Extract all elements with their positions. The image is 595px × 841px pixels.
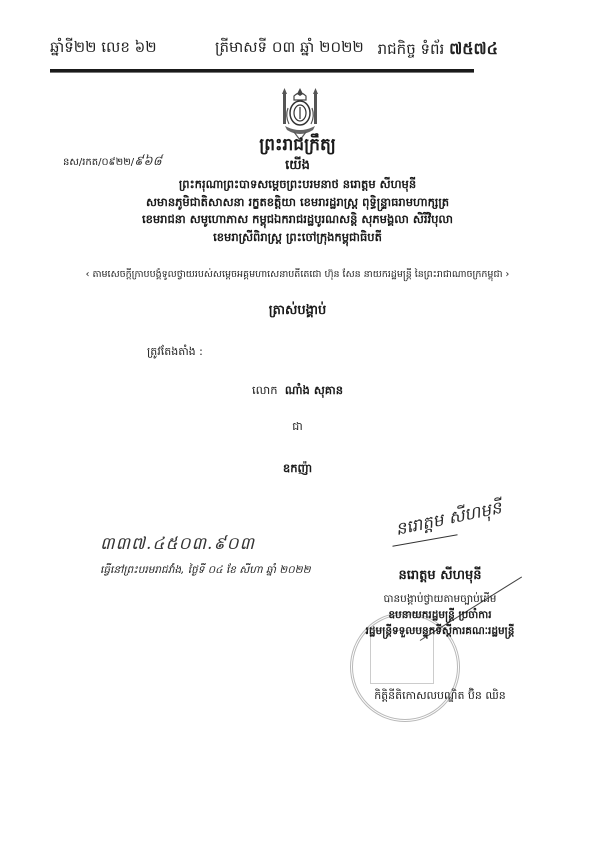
king-line: សមានភូមិជាតិសាសនា រក្ខតខត្តិយា ខេមរារដ្ឋ… bbox=[0, 194, 595, 212]
certification-line: បានបង្គាប់ថ្វាយតាមច្បាប់ដើម bbox=[310, 591, 570, 607]
basis-statement: ‹ តាមសេចក្តីក្រាបបង្គំទូលថ្វាយរបស់សម្តេច… bbox=[0, 268, 595, 282]
king-signature: នរោត្តម សីហមុនី bbox=[394, 497, 505, 544]
quarter-date: ត្រីមាសទី ០៣ ឆ្នាំ ២០២២ bbox=[215, 38, 364, 60]
gazette-header: ឆ្នាំទី២២ លេខ ៦២ ត្រីមាសទី ០៣ ឆ្នាំ ២០២២… bbox=[50, 36, 474, 64]
signer-name: នរោត្តម សីហមុនី bbox=[330, 567, 550, 586]
yerng-heading: យើង bbox=[0, 157, 595, 176]
decree-heading: ត្រាស់បង្គាប់ bbox=[0, 302, 595, 321]
certification-block: បានបង្គាប់ថ្វាយតាមច្បាប់ដើម ឧបនាយករដ្ឋមន… bbox=[310, 591, 570, 639]
place-and-date: ធ្វើនៅព្រះបរមរាជវាំង, ថ្ងៃទី ០៤ ខែ សីហា … bbox=[100, 564, 311, 579]
king-line: ព្រះករុណាព្រះបាទសម្តេចព្រះបរមនាថ នរោត្តម… bbox=[0, 176, 595, 194]
king-title-block: ព្រះករុណាព្រះបាទសម្តេចព្រះបរមនាថ នរោត្តម… bbox=[0, 176, 595, 246]
minister-name: កិត្តិនីតិកោសលបណ្ឌិត ប៊ិន ឈិន bbox=[330, 689, 550, 705]
king-line: ខេមរាជនា សមូហោភាស កម្ពុជឯករាជរដ្ឋបូរណសន្… bbox=[0, 211, 595, 229]
appointee-honorific: លោក bbox=[252, 383, 278, 397]
page-number-value: ៧៥៧៤ bbox=[449, 39, 498, 58]
appointed-position: ឧកញ៉ា bbox=[0, 461, 595, 478]
king-line: ខេមរាស្រីពិរាស្ត្រ ព្រះចៅក្រុងកម្ពុជាធិប… bbox=[0, 229, 595, 247]
certification-line: ឧបនាយករដ្ឋមន្ត្រី ប្រចាំការ bbox=[310, 607, 570, 623]
header-rule-shadow bbox=[50, 72, 474, 73]
page-label: រាជកិច្ច ទំព័រ bbox=[378, 40, 445, 58]
page-number: រាជកិច្ច ទំព័រ ៧៥៧៤ bbox=[378, 38, 498, 62]
certification-line: រដ្ឋមន្ត្រីទទួលបន្ទុកទីស្តីការគណៈរដ្ឋមន្… bbox=[310, 623, 570, 639]
appoint-label: ត្រូវតែងតាំង : bbox=[147, 345, 203, 361]
appointee: លោក ណាំង សុគាន bbox=[0, 383, 595, 400]
handwritten-number: ៣៣៧.៤៥០៣.៩០៣ bbox=[100, 533, 255, 558]
year-issue: ឆ្នាំទី២២ លេខ ៦២ bbox=[50, 38, 157, 60]
as-label: ជា bbox=[0, 420, 595, 436]
appointee-name: ណាំង សុគាន bbox=[285, 383, 343, 397]
